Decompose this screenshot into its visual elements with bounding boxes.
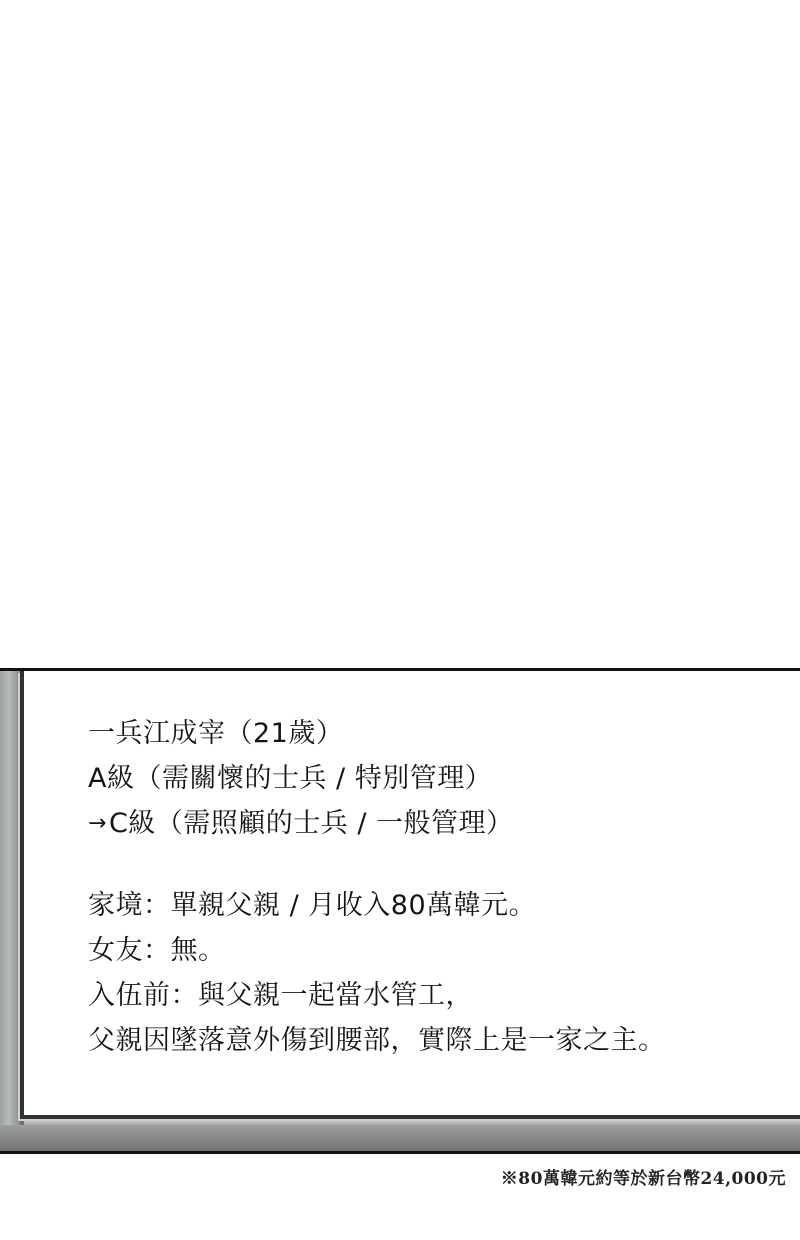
girlfriend-line: 女友：無。 bbox=[88, 928, 666, 973]
pre-enlistment-line: 入伍前：與父親一起當水管工， bbox=[88, 973, 666, 1018]
family-background-line: 家境：單親父親 / 月收入80萬韓元。 bbox=[88, 883, 666, 928]
profile-text-block: 一兵江成宰（21歲） A級（需關懷的士兵 / 特別管理） →C級（需照顧的士兵 … bbox=[88, 711, 666, 1063]
soldier-name-age: 一兵江成宰（21歲） bbox=[88, 711, 666, 756]
currency-footnote: ※80萬韓元約等於新台幣24,000元 bbox=[501, 1164, 786, 1189]
grade-c-label: C級（需照顧的士兵 / 一般管理） bbox=[109, 808, 514, 839]
info-sheet: 一兵江成宰（21歲） A級（需關懷的士兵 / 特別管理） →C級（需照顧的士兵 … bbox=[20, 671, 800, 1119]
info-panel-frame: 一兵江成宰（21歲） A級（需關懷的士兵 / 特別管理） →C級（需照顧的士兵 … bbox=[0, 668, 800, 1154]
father-accident-line: 父親因墜落意外傷到腰部，實際上是一家之主。 bbox=[88, 1018, 666, 1063]
blank-upper-area bbox=[0, 0, 800, 668]
grade-c-line: →C級（需照顧的士兵 / 一般管理） bbox=[88, 801, 666, 846]
grade-a-line: A級（需關懷的士兵 / 特別管理） bbox=[88, 756, 666, 801]
frame-bottom-bar bbox=[0, 1125, 800, 1151]
spacer bbox=[88, 846, 666, 883]
arrow-right-icon: → bbox=[88, 801, 107, 846]
frame-left-bar bbox=[0, 671, 20, 1151]
